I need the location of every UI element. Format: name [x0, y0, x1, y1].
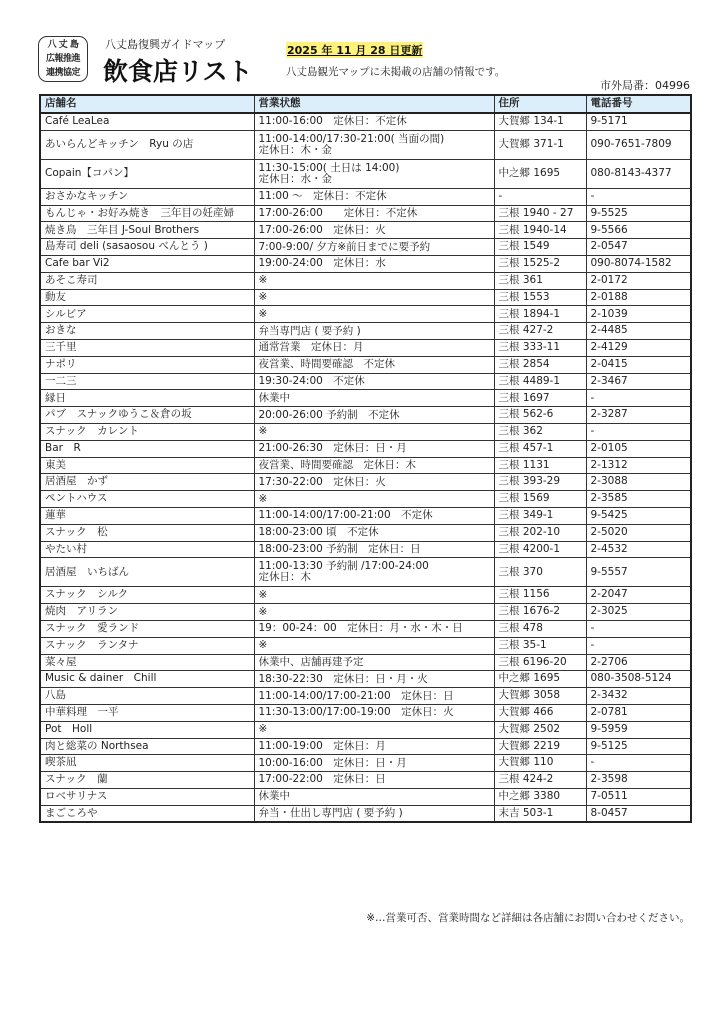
hours-cell: 18:30-22:30 定休日：日・月・火	[254, 671, 494, 688]
store-name-cell: 動友	[40, 289, 254, 306]
phone-cell: -	[586, 620, 691, 637]
phone-cell: 2-3287	[586, 407, 691, 424]
table-row: 居酒屋 いちばん11:00-13:30 予約制 /17:00-24:00定休日：…	[40, 558, 691, 587]
table-row: Music & dainer Chill18:30-22:30 定休日：日・月・…	[40, 671, 691, 688]
table-row: ペントハウス※三根 15692-3585	[40, 491, 691, 508]
hours-line: 7:00-9:00/ 夕方※前日までに要予約	[259, 242, 490, 253]
address-cell: 三根 1131	[494, 457, 586, 474]
hours-line: 19:00-24:00 定休日：水	[259, 258, 490, 269]
table-row: あいらんどキッチン Ryu の店11:00-14:00/17:30-21:00(…	[40, 130, 691, 159]
store-name-cell: Bar R	[40, 440, 254, 457]
address-cell: 大賀郷 2219	[494, 738, 586, 755]
store-name-cell: やたい村	[40, 541, 254, 558]
hours-line: ※	[259, 724, 490, 735]
table-row: 菜々屋休業中、店舗再建予定三根 6196-202-2706	[40, 654, 691, 671]
phone-cell: -	[586, 637, 691, 654]
address-cell: 三根 6196-20	[494, 654, 586, 671]
store-name-cell: もんじゃ・お好み焼き 三年目の妊産婦	[40, 205, 254, 222]
address-cell: 三根 370	[494, 558, 586, 587]
store-name-cell: 肉と総菜の Northsea	[40, 738, 254, 755]
hours-line: 18:00-23:00 頃 不定休	[259, 527, 490, 538]
phone-cell: 2-3467	[586, 373, 691, 390]
hours-line: 21:00-26:30 定休日：日・月	[259, 443, 490, 454]
table-row: 縁日休業中三根 1697-	[40, 390, 691, 407]
hours-cell: 11:00-14:00/17:30-21:00( 当面の間)定休日：木・金	[254, 130, 494, 159]
restaurant-table: 店舗名 営業状態 住所 電話番号 Café LeaLea11:00-16:00 …	[39, 94, 692, 823]
hours-cell: 19:30-24:00 不定休	[254, 373, 494, 390]
hours-cell: 弁当・仕出し専門店 ( 要予約 )	[254, 805, 494, 822]
document-title: 飲食店リスト	[103, 52, 253, 88]
address-cell: 三根 4489-1	[494, 373, 586, 390]
column-header-hours: 営業状態	[254, 95, 494, 113]
address-cell: 三根 1940 - 27	[494, 205, 586, 222]
store-name-cell: あそこ寿司	[40, 272, 254, 289]
phone-cell: 9-5959	[586, 721, 691, 738]
address-cell: 大賀郷 371-1	[494, 130, 586, 159]
hours-cell: 11:30-13:00/17:00-19:00 定休日：火	[254, 704, 494, 721]
hours-line: 18:30-22:30 定休日：日・月・火	[259, 674, 490, 685]
address-cell: 三根 427-2	[494, 323, 586, 340]
address-cell: 三根 1569	[494, 491, 586, 508]
phone-cell: 2-4129	[586, 339, 691, 356]
phone-cell: 2-3598	[586, 772, 691, 789]
table-row: Copain【コパン】11:30-15:00( 土日は 14:00)定休日：水・…	[40, 159, 691, 188]
address-cell: 中之郷 1695	[494, 671, 586, 688]
phone-cell: 9-5525	[586, 205, 691, 222]
hours-line: 18:00-23:00 予約制 定休日：日	[259, 544, 490, 555]
phone-cell: 2-0188	[586, 289, 691, 306]
phone-cell: 2-3025	[586, 604, 691, 621]
phone-cell: 9-5425	[586, 507, 691, 524]
address-cell: 三根 361	[494, 272, 586, 289]
address-cell: 三根 1697	[494, 390, 586, 407]
store-name-cell: 縁日	[40, 390, 254, 407]
store-name-cell: 三千里	[40, 339, 254, 356]
phone-cell: 2-4532	[586, 541, 691, 558]
address-cell: 大賀郷 134-1	[494, 113, 586, 130]
store-name-cell: スナック 蘭	[40, 772, 254, 789]
table-row: シルビア※三根 1894-12-1039	[40, 306, 691, 323]
address-cell: 大賀郷 3058	[494, 688, 586, 705]
address-cell: 大賀郷 110	[494, 755, 586, 772]
hours-cell: ※	[254, 272, 494, 289]
address-cell: 三根 1940-14	[494, 222, 586, 239]
phone-cell: 090-8074-1582	[586, 255, 691, 272]
store-name-cell: 焼肉 アリラン	[40, 604, 254, 621]
hours-line: 10:00-16:00 定休日：日・月	[259, 758, 490, 769]
table-row: あそこ寿司※三根 3612-0172	[40, 272, 691, 289]
hours-line: 定休日：木	[259, 572, 490, 583]
column-header-address: 住所	[494, 95, 586, 113]
hours-cell: ※	[254, 306, 494, 323]
store-name-cell: 菜々屋	[40, 654, 254, 671]
hours-cell: ※	[254, 721, 494, 738]
table-row: 動友※三根 15532-0188	[40, 289, 691, 306]
table-row: やたい村18:00-23:00 予約制 定休日：日三根 4200-12-4532	[40, 541, 691, 558]
store-name-cell: スナック ランタナ	[40, 637, 254, 654]
hours-line: 11:30-13:00/17:00-19:00 定休日：火	[259, 707, 490, 718]
address-cell: 末吉 503-1	[494, 805, 586, 822]
hours-cell: 通常営業 定休日：月	[254, 339, 494, 356]
address-cell: 三根 393-29	[494, 474, 586, 491]
table-row: まごころや弁当・仕出し専門店 ( 要予約 )末吉 503-18-0457	[40, 805, 691, 822]
hours-line: 休業中	[259, 791, 490, 802]
store-name-cell: スナック 愛ランド	[40, 620, 254, 637]
hours-line: 19:30-24:00 不定休	[259, 376, 490, 387]
address-cell: 三根 35-1	[494, 637, 586, 654]
hours-line: 11:00-19:00 定休日：月	[259, 741, 490, 752]
hours-cell: 18:00-23:00 予約制 定休日：日	[254, 541, 494, 558]
store-name-cell: 蓮華	[40, 507, 254, 524]
phone-cell: 2-0781	[586, 704, 691, 721]
table-row: Pot Holl※大賀郷 25029-5959	[40, 721, 691, 738]
store-name-cell: 喫茶凪	[40, 755, 254, 772]
store-name-cell: Music & dainer Chill	[40, 671, 254, 688]
table-row: 東美夜営業、時間要確認 定休日：木三根 11312-1312	[40, 457, 691, 474]
hours-line: 夜営業、時間要確認 不定休	[259, 359, 490, 370]
hours-cell: 休業中	[254, 788, 494, 805]
table-row: 中華料理 一平11:30-13:00/17:00-19:00 定休日：火大賀郷 …	[40, 704, 691, 721]
hours-cell: ※	[254, 587, 494, 604]
table-row: スナック シルク※三根 11562-2047	[40, 587, 691, 604]
hours-line: ※	[259, 590, 490, 601]
kouhou-agreement-badge: 八 丈 島 広報推進 連携協定	[38, 36, 88, 82]
hours-cell: 休業中、店舗再建予定	[254, 654, 494, 671]
store-name-cell: Café LeaLea	[40, 113, 254, 130]
hours-line: 定休日：木・金	[259, 145, 490, 156]
phone-cell: 2-0547	[586, 239, 691, 256]
phone-cell: -	[586, 390, 691, 407]
table-row: 肉と総菜の Northsea11:00-19:00 定休日：月大賀郷 22199…	[40, 738, 691, 755]
hours-line: 11:00 ～ 定休日：不定休	[259, 191, 490, 202]
store-name-cell: Copain【コパン】	[40, 159, 254, 188]
address-cell: 三根 202-10	[494, 524, 586, 541]
address-cell: 三根 333-11	[494, 339, 586, 356]
phone-cell: 080-8143-4377	[586, 159, 691, 188]
address-cell: 三根 562-6	[494, 407, 586, 424]
phone-cell: 8-0457	[586, 805, 691, 822]
hours-cell: 休業中	[254, 390, 494, 407]
phone-cell: 2-0415	[586, 356, 691, 373]
store-name-cell: ナポリ	[40, 356, 254, 373]
table-row: Bar R21:00-26:30 定休日：日・月三根 457-12-0105	[40, 440, 691, 457]
hours-line: 11:00-14:00/17:00-21:00 不定休	[259, 510, 490, 521]
store-name-cell: 八島	[40, 688, 254, 705]
store-name-cell: 居酒屋 いちばん	[40, 558, 254, 587]
phone-cell: 7-0511	[586, 788, 691, 805]
table-row: もんじゃ・お好み焼き 三年目の妊産婦17:00-26:00 定休日：不定休三根 …	[40, 205, 691, 222]
table-row: Cafe bar Vi219:00-24:00 定休日：水三根 1525-209…	[40, 255, 691, 272]
address-cell: 三根 362	[494, 423, 586, 440]
address-cell: 三根 1553	[494, 289, 586, 306]
hours-line: 弁当専門店 ( 要予約 )	[259, 326, 490, 337]
hours-cell: 11:00-13:30 予約制 /17:00-24:00定休日：木	[254, 558, 494, 587]
phone-cell: 9-5125	[586, 738, 691, 755]
phone-cell: 2-3432	[586, 688, 691, 705]
badge-line: 広報推進	[39, 52, 87, 66]
area-code: 市外局番：04996	[600, 77, 690, 93]
hours-line: 17:00-22:00 定休日：日	[259, 774, 490, 785]
store-name-cell: ペントハウス	[40, 491, 254, 508]
hours-cell: 18:00-23:00 頃 不定休	[254, 524, 494, 541]
store-name-cell: あいらんどキッチン Ryu の店	[40, 130, 254, 159]
phone-cell: -	[586, 188, 691, 205]
store-name-cell: Pot Holl	[40, 721, 254, 738]
address-cell: 三根 1676-2	[494, 604, 586, 621]
hours-cell: 19：00-24：00 定休日：月・水・木・日	[254, 620, 494, 637]
table-row: Café LeaLea11:00-16:00 定休日：不定休大賀郷 134-19…	[40, 113, 691, 130]
hours-cell: 11:00-16:00 定休日：不定休	[254, 113, 494, 130]
phone-cell: 9-5557	[586, 558, 691, 587]
address-cell: 三根 478	[494, 620, 586, 637]
store-name-cell: 島寿司 deli (sasaosou べんとう )	[40, 239, 254, 256]
hours-line: 19：00-24：00 定休日：月・水・木・日	[259, 623, 490, 634]
store-name-cell: 東美	[40, 457, 254, 474]
hours-cell: 夜営業、時間要確認 不定休	[254, 356, 494, 373]
phone-cell: 2-0172	[586, 272, 691, 289]
table-header-row: 店舗名 営業状態 住所 電話番号	[40, 95, 691, 113]
hours-cell: 11:00 ～ 定休日：不定休	[254, 188, 494, 205]
store-name-cell: 居酒屋 かず	[40, 474, 254, 491]
store-name-cell: 中華料理 一平	[40, 704, 254, 721]
hours-line: 20:00-26:00 予約制 不定休	[259, 410, 490, 421]
table-row: 焼肉 アリラン※三根 1676-22-3025	[40, 604, 691, 621]
phone-cell: -	[586, 423, 691, 440]
phone-cell: 2-5020	[586, 524, 691, 541]
hours-cell: 17:30-22:00 定休日：火	[254, 474, 494, 491]
hours-line: ※	[259, 607, 490, 618]
table-row: スナック ランタナ※三根 35-1-	[40, 637, 691, 654]
hours-cell: ※	[254, 289, 494, 306]
document-description: 八丈島観光マップに未掲載の店舗の情報です。	[286, 64, 505, 79]
phone-cell: 9-5171	[586, 113, 691, 130]
hours-line: 17:00-26:00 定休日：不定休	[259, 208, 490, 219]
hours-cell: 11:00-14:00/17:00-21:00 不定休	[254, 507, 494, 524]
phone-cell: 2-3088	[586, 474, 691, 491]
hours-cell: ※	[254, 423, 494, 440]
hours-cell: 11:30-15:00( 土日は 14:00)定休日：水・金	[254, 159, 494, 188]
hours-cell: 11:00-19:00 定休日：月	[254, 738, 494, 755]
table-row: おさかなキッチン11:00 ～ 定休日：不定休--	[40, 188, 691, 205]
table-row: パブ スナックゆうこ＆倉の坂20:00-26:00 予約制 不定休三根 562-…	[40, 407, 691, 424]
hours-line: 休業中、店舗再建予定	[259, 657, 490, 668]
address-cell: 中之郷 3380	[494, 788, 586, 805]
address-cell: 大賀郷 2502	[494, 721, 586, 738]
hours-line: ※	[259, 426, 490, 437]
store-name-cell: おさかなキッチン	[40, 188, 254, 205]
table-row: スナック 愛ランド19：00-24：00 定休日：月・水・木・日三根 478-	[40, 620, 691, 637]
table-row: 居酒屋 かず17:30-22:00 定休日：火三根 393-292-3088	[40, 474, 691, 491]
table-row: 一二三19:30-24:00 不定休三根 4489-12-3467	[40, 373, 691, 390]
phone-cell: 2-3585	[586, 491, 691, 508]
hours-cell: ※	[254, 637, 494, 654]
address-cell: 三根 1894-1	[494, 306, 586, 323]
table-row: 三千里通常営業 定休日：月三根 333-112-4129	[40, 339, 691, 356]
hours-cell: 20:00-26:00 予約制 不定休	[254, 407, 494, 424]
store-name-cell: まごころや	[40, 805, 254, 822]
table-row: スナック 蘭17:00-22:00 定休日：日三根 424-22-3598	[40, 772, 691, 789]
phone-cell: -	[586, 755, 691, 772]
address-cell: 三根 349-1	[494, 507, 586, 524]
phone-cell: 090-7651-7809	[586, 130, 691, 159]
address-cell: 中之郷 1695	[494, 159, 586, 188]
hours-cell: ※	[254, 604, 494, 621]
hours-line: ※	[259, 292, 490, 303]
hours-cell: 17:00-22:00 定休日：日	[254, 772, 494, 789]
hours-line: 11:00-14:00/17:00-21:00 定休日：日	[259, 691, 490, 702]
phone-cell: 2-1312	[586, 457, 691, 474]
hours-line: 夜営業、時間要確認 定休日：木	[259, 460, 490, 471]
address-cell: 三根 2854	[494, 356, 586, 373]
address-cell: 三根 1156	[494, 587, 586, 604]
phone-cell: 9-5566	[586, 222, 691, 239]
column-header-phone: 電話番号	[586, 95, 691, 113]
hours-cell: 弁当専門店 ( 要予約 )	[254, 323, 494, 340]
hours-cell: 11:00-14:00/17:00-21:00 定休日：日	[254, 688, 494, 705]
hours-line: 17:30-22:00 定休日：火	[259, 477, 490, 488]
store-name-cell: スナック カレント	[40, 423, 254, 440]
address-cell: 大賀郷 466	[494, 704, 586, 721]
hours-line: ※	[259, 275, 490, 286]
table-row: 焼き鳥 三年目 J-Soul Brothers17:00-26:00 定休日：火…	[40, 222, 691, 239]
store-name-cell: 一二三	[40, 373, 254, 390]
hours-cell: 21:00-26:30 定休日：日・月	[254, 440, 494, 457]
address-cell: -	[494, 188, 586, 205]
table-row: スナック カレント※三根 362-	[40, 423, 691, 440]
hours-line: 通常営業 定休日：月	[259, 342, 490, 353]
table-row: 八島11:00-14:00/17:00-21:00 定休日：日大賀郷 30582…	[40, 688, 691, 705]
table-row: おきな弁当専門店 ( 要予約 )三根 427-22-4485	[40, 323, 691, 340]
hours-cell: 17:00-26:00 定休日：不定休	[254, 205, 494, 222]
address-cell: 三根 457-1	[494, 440, 586, 457]
badge-line: 連携協定	[39, 66, 87, 80]
hours-line: ※	[259, 494, 490, 505]
table-row: ロベサリナス休業中中之郷 33807-0511	[40, 788, 691, 805]
table-row: 喫茶凪10:00-16:00 定休日：日・月大賀郷 110-	[40, 755, 691, 772]
hours-cell: 夜営業、時間要確認 定休日：木	[254, 457, 494, 474]
table-row: スナック 松18:00-23:00 頃 不定休三根 202-102-5020	[40, 524, 691, 541]
phone-cell: 2-4485	[586, 323, 691, 340]
phone-cell: 2-0105	[586, 440, 691, 457]
phone-cell: 080-3508-5124	[586, 671, 691, 688]
store-name-cell: 焼き鳥 三年目 J-Soul Brothers	[40, 222, 254, 239]
hours-line: 11:00-16:00 定休日：不定休	[259, 116, 490, 127]
store-name-cell: Cafe bar Vi2	[40, 255, 254, 272]
phone-cell: 2-2047	[586, 587, 691, 604]
hours-line: 休業中	[259, 393, 490, 404]
hours-line: 弁当・仕出し専門店 ( 要予約 )	[259, 808, 490, 819]
phone-cell: 2-1039	[586, 306, 691, 323]
address-cell: 三根 424-2	[494, 772, 586, 789]
address-cell: 三根 4200-1	[494, 541, 586, 558]
footer-note: ※…営業可否、営業時間など詳細は各店舗にお問い合わせください。	[366, 910, 690, 925]
hours-cell: 7:00-9:00/ 夕方※前日までに要予約	[254, 239, 494, 256]
address-cell: 三根 1525-2	[494, 255, 586, 272]
store-name-cell: スナック シルク	[40, 587, 254, 604]
hours-cell: 10:00-16:00 定休日：日・月	[254, 755, 494, 772]
store-name-cell: パブ スナックゆうこ＆倉の坂	[40, 407, 254, 424]
hours-cell: 17:00-26:00 定休日：火	[254, 222, 494, 239]
address-cell: 三根 1549	[494, 239, 586, 256]
store-name-cell: ロベサリナス	[40, 788, 254, 805]
table-body: Café LeaLea11:00-16:00 定休日：不定休大賀郷 134-19…	[40, 113, 691, 822]
store-name-cell: おきな	[40, 323, 254, 340]
table-row: 島寿司 deli (sasaosou べんとう )7:00-9:00/ 夕方※前…	[40, 239, 691, 256]
hours-line: ※	[259, 309, 490, 320]
table-row: 蓮華11:00-14:00/17:00-21:00 不定休三根 349-19-5…	[40, 507, 691, 524]
phone-cell: 2-2706	[586, 654, 691, 671]
store-name-cell: スナック 松	[40, 524, 254, 541]
column-header-name: 店舗名	[40, 95, 254, 113]
table-row: ナポリ夜営業、時間要確認 不定休三根 28542-0415	[40, 356, 691, 373]
hours-cell: 19:00-24:00 定休日：水	[254, 255, 494, 272]
hours-line: ※	[259, 640, 490, 651]
hours-cell: ※	[254, 491, 494, 508]
store-name-cell: シルビア	[40, 306, 254, 323]
badge-line: 八 丈 島	[39, 38, 87, 52]
hours-line: 17:00-26:00 定休日：火	[259, 225, 490, 236]
hours-line: 定休日：水・金	[259, 174, 490, 185]
document-subtitle: 八丈島復興ガイドマップ	[105, 36, 225, 52]
updated-date: 2025 年 11 月 28 日更新	[286, 42, 423, 58]
